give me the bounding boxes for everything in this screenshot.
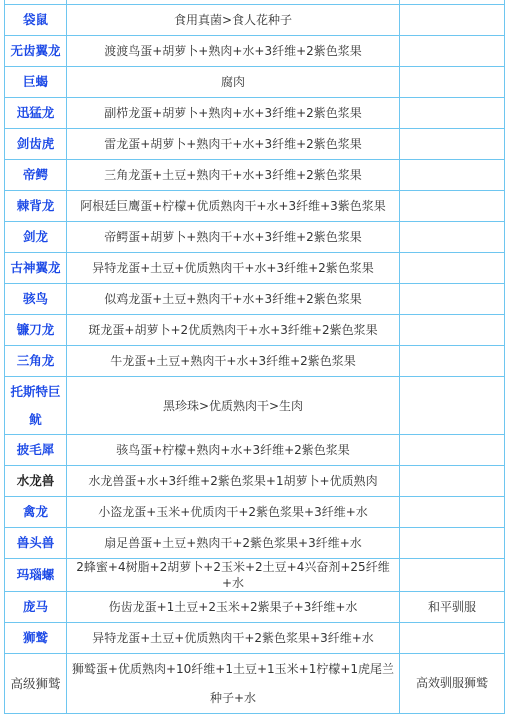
recipe-cell: 小盗龙蛋+玉米+优质肉干+2紫色浆果+3纤维+水 bbox=[67, 497, 400, 528]
note-cell: 高效驯服狮鹫 bbox=[400, 654, 505, 714]
note-cell bbox=[400, 559, 505, 592]
note-cell bbox=[400, 36, 505, 67]
taming-food-table: 袋鼠 食用真菌>食人花种子 无齿翼龙 渡渡鸟蛋+胡萝卜+熟肉+水+3纤维+2紫色… bbox=[4, 0, 505, 714]
creature-name-link[interactable]: 玛瑙螺 bbox=[5, 559, 67, 592]
table-row: 巨蝎 腐肉 bbox=[5, 67, 505, 98]
recipe-cell: 食用真菌>食人花种子 bbox=[67, 5, 400, 36]
creature-name-link[interactable]: 三角龙 bbox=[5, 346, 67, 377]
table-row: 无齿翼龙 渡渡鸟蛋+胡萝卜+熟肉+水+3纤维+2紫色浆果 bbox=[5, 36, 505, 67]
note-cell bbox=[400, 435, 505, 466]
table-row: 托斯特巨鱿 黑珍珠>优质熟肉干>生肉 bbox=[5, 377, 505, 435]
creature-name-link[interactable]: 托斯特巨鱿 bbox=[5, 377, 67, 435]
table-row: 袋鼠 食用真菌>食人花种子 bbox=[5, 5, 505, 36]
note-cell: 和平驯服 bbox=[400, 592, 505, 623]
recipe-cell: 2蜂蜜+4树脂+2胡萝卜+2玉米+2土豆+4兴奋剂+25纤维+水 bbox=[67, 559, 400, 592]
creature-name-link[interactable]: 古神翼龙 bbox=[5, 253, 67, 284]
recipe-cell: 三角龙蛋+土豆+熟肉干+水+3纤维+2紫色浆果 bbox=[67, 160, 400, 191]
note-cell bbox=[400, 191, 505, 222]
recipe-cell: 渡渡鸟蛋+胡萝卜+熟肉+水+3纤维+2紫色浆果 bbox=[67, 36, 400, 67]
creature-name-link[interactable]: 棘背龙 bbox=[5, 191, 67, 222]
note-cell bbox=[400, 466, 505, 497]
creature-name-link[interactable]: 剑龙 bbox=[5, 222, 67, 253]
note-cell bbox=[400, 497, 505, 528]
table-row: 骇鸟 似鸡龙蛋+土豆+熟肉干+水+3纤维+2紫色浆果 bbox=[5, 284, 505, 315]
creature-name-link[interactable]: 骇鸟 bbox=[5, 284, 67, 315]
creature-name-link[interactable]: 剑齿虎 bbox=[5, 129, 67, 160]
creature-name-link[interactable]: 庞马 bbox=[5, 592, 67, 623]
note-cell bbox=[400, 5, 505, 36]
recipe-cell: 帝鳄蛋+胡萝卜+熟肉干+水+3纤维+2紫色浆果 bbox=[67, 222, 400, 253]
table-row: 帝鳄 三角龙蛋+土豆+熟肉干+水+3纤维+2紫色浆果 bbox=[5, 160, 505, 191]
creature-name-link[interactable]: 镰刀龙 bbox=[5, 315, 67, 346]
note-cell bbox=[400, 253, 505, 284]
recipe-cell: 狮鹫蛋+优质熟肉+10纤维+1土豆+1玉米+1柠檬+1虎尾兰种子+水 bbox=[67, 654, 400, 714]
recipe-cell: 异特龙蛋+土豆+优质熟肉干+水+3纤维+2紫色浆果 bbox=[67, 253, 400, 284]
table-row: 剑齿虎 雷龙蛋+胡萝卜+熟肉干+水+3纤维+2紫色浆果 bbox=[5, 129, 505, 160]
note-cell bbox=[400, 284, 505, 315]
table-row: 镰刀龙 斑龙蛋+胡萝卜+2优质熟肉干+水+3纤维+2紫色浆果 bbox=[5, 315, 505, 346]
creature-name: 水龙兽 bbox=[5, 466, 67, 497]
table-row: 三角龙 牛龙蛋+土豆+熟肉干+水+3纤维+2紫色浆果 bbox=[5, 346, 505, 377]
recipe-cell: 水龙兽蛋+水+3纤维+2紫色浆果+1胡萝卜+优质熟肉 bbox=[67, 466, 400, 497]
table-row: 剑龙 帝鳄蛋+胡萝卜+熟肉干+水+3纤维+2紫色浆果 bbox=[5, 222, 505, 253]
recipe-cell: 副栉龙蛋+胡萝卜+熟肉+水+3纤维+2紫色浆果 bbox=[67, 98, 400, 129]
note-cell bbox=[400, 222, 505, 253]
table-row: 棘背龙 阿根廷巨鹰蛋+柠檬+优质熟肉干+水+3纤维+3紫色浆果 bbox=[5, 191, 505, 222]
creature-name-link[interactable]: 无齿翼龙 bbox=[5, 36, 67, 67]
table-row: 玛瑙螺 2蜂蜜+4树脂+2胡萝卜+2玉米+2土豆+4兴奋剂+25纤维+水 bbox=[5, 559, 505, 592]
recipe-cell: 异特龙蛋+土豆+优质熟肉干+2紫色浆果+3纤维+水 bbox=[67, 623, 400, 654]
recipe-cell: 黑珍珠>优质熟肉干>生肉 bbox=[67, 377, 400, 435]
recipe-cell: 似鸡龙蛋+土豆+熟肉干+水+3纤维+2紫色浆果 bbox=[67, 284, 400, 315]
recipe-cell: 雷龙蛋+胡萝卜+熟肉干+水+3纤维+2紫色浆果 bbox=[67, 129, 400, 160]
recipe-cell: 腐肉 bbox=[67, 67, 400, 98]
creature-name-link[interactable]: 兽头兽 bbox=[5, 528, 67, 559]
table-row: 庞马 伤齿龙蛋+1土豆+2玉米+2紫果子+3纤维+水 和平驯服 bbox=[5, 592, 505, 623]
creature-name-link[interactable]: 帝鳄 bbox=[5, 160, 67, 191]
table-row: 高级狮鹫 狮鹫蛋+优质熟肉+10纤维+1土豆+1玉米+1柠檬+1虎尾兰种子+水 … bbox=[5, 654, 505, 714]
recipe-cell: 骇鸟蛋+柠檬+熟肉+水+3纤维+2紫色浆果 bbox=[67, 435, 400, 466]
creature-name-link[interactable]: 狮鹫 bbox=[5, 623, 67, 654]
creature-name-link[interactable]: 禽龙 bbox=[5, 497, 67, 528]
note-cell bbox=[400, 346, 505, 377]
note-cell bbox=[400, 623, 505, 654]
creature-name: 高级狮鹫 bbox=[5, 654, 67, 714]
note-cell bbox=[400, 315, 505, 346]
recipe-cell: 扇足兽蛋+土豆+熟肉干+2紫色浆果+3纤维+水 bbox=[67, 528, 400, 559]
note-cell bbox=[400, 377, 505, 435]
recipe-cell: 牛龙蛋+土豆+熟肉干+水+3纤维+2紫色浆果 bbox=[67, 346, 400, 377]
table-row: 迅猛龙 副栉龙蛋+胡萝卜+熟肉+水+3纤维+2紫色浆果 bbox=[5, 98, 505, 129]
note-cell bbox=[400, 129, 505, 160]
note-cell bbox=[400, 67, 505, 98]
table-row: 禽龙 小盗龙蛋+玉米+优质肉干+2紫色浆果+3纤维+水 bbox=[5, 497, 505, 528]
creature-name-link[interactable]: 袋鼠 bbox=[5, 5, 67, 36]
table-row: 古神翼龙 异特龙蛋+土豆+优质熟肉干+水+3纤维+2紫色浆果 bbox=[5, 253, 505, 284]
creature-name-link[interactable]: 披毛犀 bbox=[5, 435, 67, 466]
recipe-cell: 伤齿龙蛋+1土豆+2玉米+2紫果子+3纤维+水 bbox=[67, 592, 400, 623]
note-cell bbox=[400, 160, 505, 191]
note-cell bbox=[400, 98, 505, 129]
table-row: 水龙兽 水龙兽蛋+水+3纤维+2紫色浆果+1胡萝卜+优质熟肉 bbox=[5, 466, 505, 497]
table-row: 狮鹫 异特龙蛋+土豆+优质熟肉干+2紫色浆果+3纤维+水 bbox=[5, 623, 505, 654]
table-row: 披毛犀 骇鸟蛋+柠檬+熟肉+水+3纤维+2紫色浆果 bbox=[5, 435, 505, 466]
recipe-cell: 斑龙蛋+胡萝卜+2优质熟肉干+水+3纤维+2紫色浆果 bbox=[67, 315, 400, 346]
table-row: 兽头兽 扇足兽蛋+土豆+熟肉干+2紫色浆果+3纤维+水 bbox=[5, 528, 505, 559]
creature-name-link[interactable]: 迅猛龙 bbox=[5, 98, 67, 129]
note-cell bbox=[400, 528, 505, 559]
creature-name-link[interactable]: 巨蝎 bbox=[5, 67, 67, 98]
recipe-cell: 阿根廷巨鹰蛋+柠檬+优质熟肉干+水+3纤维+3紫色浆果 bbox=[67, 191, 400, 222]
